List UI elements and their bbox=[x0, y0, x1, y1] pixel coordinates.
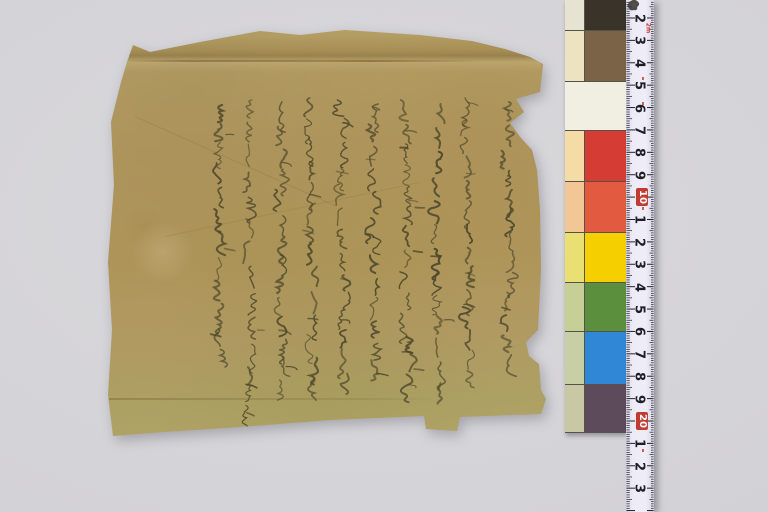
ruler-number: 3 bbox=[632, 484, 647, 492]
color-swatch-pale bbox=[565, 0, 584, 30]
color-swatch-pale bbox=[565, 385, 584, 432]
ruler-number: 3 bbox=[632, 36, 647, 44]
color-swatch-pale bbox=[565, 131, 584, 181]
manuscript-paper-wrap bbox=[105, 26, 547, 438]
color-swatch-pale bbox=[565, 182, 584, 232]
color-chart-row bbox=[565, 283, 626, 331]
calligraphy-column bbox=[500, 102, 518, 376]
manuscript-paper bbox=[105, 26, 547, 438]
color-swatch-saturated bbox=[585, 233, 626, 282]
ruler-number: 1 bbox=[632, 215, 647, 223]
ruler-decade-badge: 20 bbox=[636, 412, 648, 430]
ruler-number: 2 bbox=[632, 238, 647, 246]
ruler-number: 2 bbox=[632, 14, 647, 22]
ruler-number: 8 bbox=[632, 372, 647, 380]
ruler-number: 5 bbox=[632, 81, 647, 89]
color-chart-row bbox=[565, 233, 626, 282]
ruler-number: 4 bbox=[632, 59, 647, 67]
ruler-number: 9 bbox=[632, 395, 647, 403]
ruler-number: 5 bbox=[632, 305, 647, 313]
ruler-number: 8 bbox=[632, 148, 647, 156]
color-swatch-saturated bbox=[585, 31, 626, 81]
color-chart-row bbox=[565, 0, 626, 30]
ruler-maker-emblem bbox=[626, 0, 642, 15]
ruler-number: 1 bbox=[632, 439, 647, 447]
color-swatch-pale bbox=[565, 233, 584, 282]
color-calibration-chart bbox=[565, 0, 626, 433]
ruler-number: 9 bbox=[632, 171, 647, 179]
color-chart-row bbox=[565, 82, 626, 130]
calligraphy-column bbox=[211, 105, 235, 367]
calligraphy-columns bbox=[105, 26, 547, 438]
ruler-red-mark bbox=[642, 449, 644, 452]
calligraphy-column bbox=[399, 100, 424, 402]
color-swatch-pale bbox=[565, 31, 584, 81]
ruler-red-mark bbox=[642, 102, 644, 105]
color-chart-row bbox=[565, 31, 626, 81]
ruler-number: 7 bbox=[632, 126, 647, 134]
calligraphy-column bbox=[365, 104, 388, 381]
ruler-number: 3 bbox=[632, 260, 647, 268]
color-swatch-pale bbox=[565, 332, 584, 384]
ruler-number: 6 bbox=[632, 327, 647, 335]
measuring-tape: 2345678910123456789201232m bbox=[626, 0, 654, 512]
color-swatch-white bbox=[565, 82, 626, 130]
ruler-decade-badge: 10 bbox=[636, 188, 648, 206]
calligraphy-column bbox=[242, 100, 264, 433]
ruler-number: 4 bbox=[632, 283, 647, 291]
color-chart-row bbox=[565, 385, 626, 432]
ruler-tick-marks bbox=[626, 0, 654, 512]
photo-scene: 2345678910123456789201232m bbox=[0, 0, 768, 512]
color-swatch-pale bbox=[565, 283, 584, 331]
calligraphy-column bbox=[333, 100, 353, 394]
color-swatch-saturated bbox=[585, 332, 626, 384]
ruler-number: 7 bbox=[632, 350, 647, 358]
calligraphy-column bbox=[428, 104, 454, 404]
color-swatch-saturated bbox=[585, 283, 626, 331]
color-chart-row bbox=[565, 131, 626, 181]
ruler-number: 2 bbox=[632, 462, 647, 470]
color-swatch-saturated bbox=[585, 385, 626, 432]
ruler-red-mark bbox=[642, 77, 644, 80]
color-swatch-saturated bbox=[585, 182, 626, 232]
calligraphy-column bbox=[273, 102, 297, 400]
calligraphy-column bbox=[303, 98, 321, 400]
color-swatch-saturated bbox=[585, 0, 626, 30]
color-chart-row bbox=[565, 182, 626, 232]
ruler-meter-sublabel: 2m bbox=[645, 23, 652, 33]
color-swatch-saturated bbox=[585, 131, 626, 181]
ruler-red-mark bbox=[642, 207, 644, 210]
ruler-number: 6 bbox=[632, 104, 647, 112]
calligraphy-column bbox=[459, 98, 478, 388]
color-chart-row bbox=[565, 332, 626, 384]
